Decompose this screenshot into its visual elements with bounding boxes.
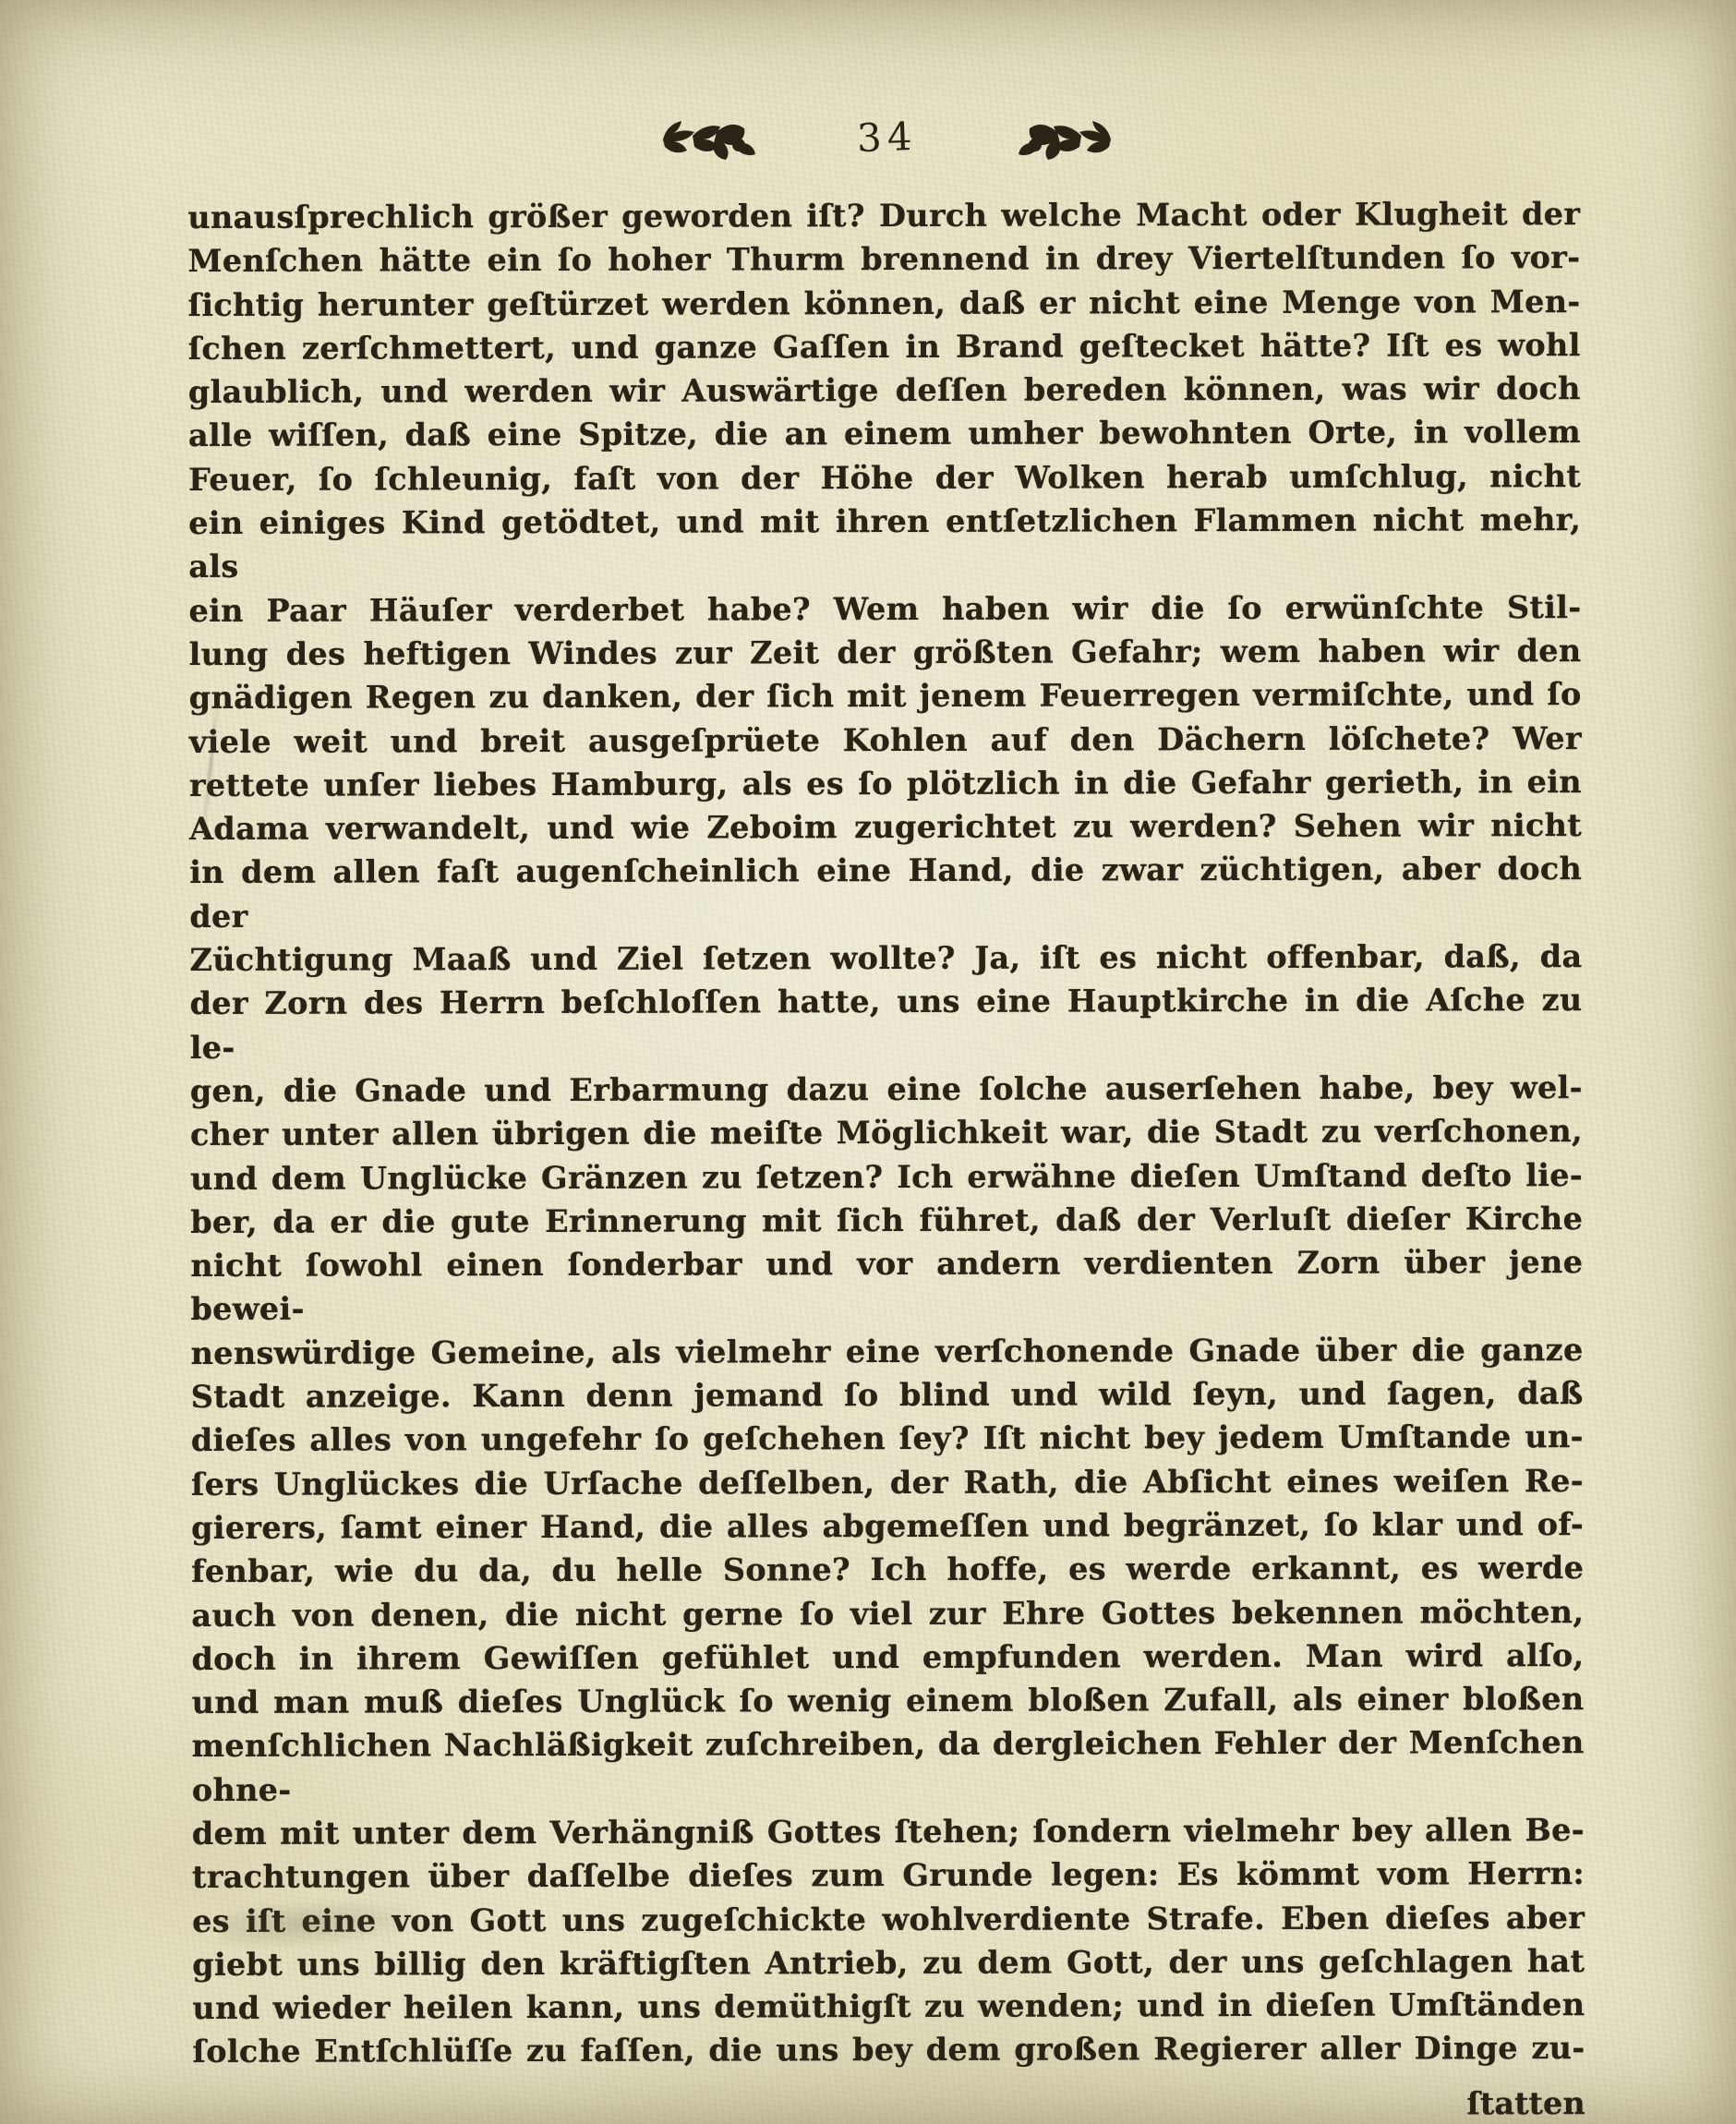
text-line: menſchlichen Nachläßigkeit zuſchreiben, … [192, 1720, 1585, 1812]
text-line: ein einiges Kind getödtet, und mit ihren… [188, 498, 1581, 589]
text-line: in dem allen faſt augenſcheinlich eine H… [189, 847, 1582, 938]
text-line: giebt uns billig den kräftigſten Antrieb… [192, 1939, 1585, 1986]
page-number: 34 [856, 113, 918, 160]
text-line: Feuer, ſo ſchleunig, faſt von der Höhe d… [188, 454, 1581, 501]
text-line: und wieder heilen kann, uns demüthigſt z… [192, 1983, 1585, 2030]
catchword: ſtatten [193, 2082, 1585, 2124]
text-line: auch von denen, die nicht gerne ſo viel … [191, 1590, 1584, 1637]
text-line: cher unter allen übrigen die meiſte Mögl… [190, 1109, 1583, 1156]
text-line: Züchtigung Maaß und Ziel ſetzen wollte? … [189, 935, 1582, 982]
text-line: dieſes alles von ungefehr ſo geſchehen ſ… [191, 1415, 1584, 1462]
text-line: dem mit unter dem Verhängniß Gottes ſteh… [192, 1808, 1585, 1855]
text-line: gen, die Gnade und Erbarmung dazu eine ſ… [190, 1066, 1583, 1113]
text-line: ſichtig herunter geſtürzet werden können… [188, 280, 1581, 327]
text-line: trachtungen über daſſelbe dieſes zum Gru… [192, 1852, 1585, 1899]
page-background: 34 unausſprechlich größer geworden iſt? … [0, 0, 1736, 2124]
text-line: lung des heftigen Windes zur Zeit der gr… [189, 629, 1582, 676]
text-line: Adama verwandelt, und wie Zeboim zugeric… [189, 803, 1582, 851]
text-line: gierers, ſamt einer Hand, die alles abge… [191, 1502, 1584, 1550]
text-line: ber, da er die gute Erinnerung mit ſich … [190, 1197, 1583, 1244]
text-line: und dem Unglücke Gränzen zu ſetzen? Ich … [190, 1153, 1583, 1201]
text-line: ſchen zerſchmettert, und ganze Gaſſen in… [188, 323, 1581, 370]
text-line: nenswürdige Gemeine, als vielmehr eine v… [190, 1328, 1583, 1375]
text-line: ſers Unglückes die Urſache deſſelben, de… [191, 1459, 1584, 1506]
text-line: alle wiſſen, daß eine Spitze, die an ein… [188, 411, 1581, 458]
text-line: ſolche Entſchlüſſe zu faſſen, die uns be… [192, 2026, 1585, 2073]
text-line: doch in ihrem Gewiſſen gefühlet und empf… [191, 1634, 1584, 1681]
text-line: der Zorn des Herrn beſchloſſen hatte, un… [189, 978, 1582, 1069]
text-line: rettete unſer liebes Hamburg, als es ſo … [189, 760, 1582, 807]
fleuron-left-icon [657, 108, 761, 165]
text-line: fenbar, wie du da, du helle Sonne? Ich h… [191, 1546, 1584, 1593]
text-line: Stadt anzeige. Kann denn jemand ſo blind… [191, 1371, 1584, 1418]
text-line: unausſprechlich größer geworden iſt? Dur… [187, 192, 1580, 239]
text-line: Menſchen hätte ein ſo hoher Thurm brenne… [187, 235, 1580, 283]
text-line: ein Paar Häuſer verderbet habe? Wem habe… [188, 585, 1581, 633]
text-line: gnädigen Regen zu danken, der ſich mit j… [189, 672, 1582, 719]
text-line: nicht ſowohl einen ſonderbar und vor and… [190, 1240, 1583, 1332]
text-line: und man muß dieſes Unglück ſo wenig eine… [191, 1677, 1584, 1724]
text-line: viele weit und breit ausgeſprüete Kohlen… [189, 717, 1582, 764]
text-line: glaublich, und werden wir Auswärtige deſ… [188, 367, 1581, 414]
fleuron-right-icon [1013, 108, 1116, 165]
text-block: unausſprechlich größer geworden iſt? Dur… [187, 192, 1585, 2124]
page-header: 34 [192, 100, 1582, 174]
